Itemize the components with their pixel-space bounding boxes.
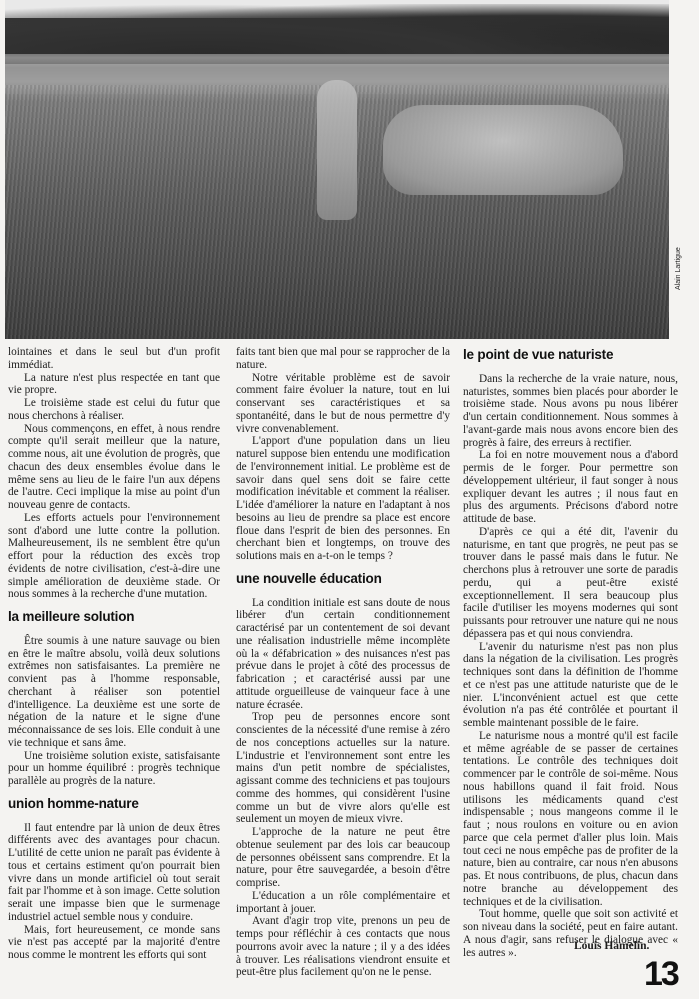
- paragraph: Le troisième stade est celui du futur qu…: [8, 397, 220, 423]
- column-2: faits tant bien que mal pour se rapproch…: [236, 346, 450, 979]
- paragraph: Dans la recherche de la vraie nature, no…: [463, 373, 678, 450]
- author-signature: Louis Hamelin.: [574, 940, 649, 952]
- paragraph: L'apport d'une population dans un lieu n…: [236, 435, 450, 563]
- section-heading: la meilleure solution: [8, 611, 220, 624]
- paragraph: lointaines et dans le seul but d'un prof…: [8, 346, 220, 372]
- paragraph: Les efforts actuels pour l'environnement…: [8, 512, 220, 601]
- photo-horse: [383, 105, 623, 195]
- paragraph: La condition initiale est sans doute de …: [236, 597, 450, 712]
- column-1: lointaines et dans le seul but d'un prof…: [8, 346, 220, 962]
- paragraph: Nous commençons, en effet, à nous rendre…: [8, 423, 220, 512]
- section-heading: le point de vue naturiste: [463, 349, 678, 362]
- paragraph: L'avenir du naturisme n'est pas non plus…: [463, 641, 678, 730]
- paragraph: Avant d'agir trop vite, prenons un peu d…: [236, 915, 450, 979]
- paragraph: Mais, fort heureusement, ce monde sans v…: [8, 924, 220, 962]
- page-number: 13: [644, 954, 678, 994]
- paragraph: La foi en notre mouvement nous a d'abord…: [463, 449, 678, 526]
- article-photo: [5, 0, 669, 339]
- photo-hill: [5, 4, 669, 54]
- column-3: le point de vue naturisteDans la recherc…: [463, 346, 678, 959]
- paragraph: D'après ce qui a été dit, l'avenir du na…: [463, 526, 678, 641]
- paragraph: faits tant bien que mal pour se rapproch…: [236, 346, 450, 372]
- paragraph: L'approche de la nature ne peut être obt…: [236, 826, 450, 890]
- paragraph: Une troisième solution existe, satisfais…: [8, 750, 220, 788]
- paragraph: Le naturisme nous a montré qu'il est fac…: [463, 730, 678, 909]
- paragraph: La nature n'est plus respectée en tant q…: [8, 372, 220, 398]
- paragraph: Trop peu de personnes encore sont consci…: [236, 711, 450, 826]
- paragraph: Notre véritable problème est de savoir c…: [236, 372, 450, 436]
- paragraph: Il faut entendre par là union de deux êt…: [8, 822, 220, 924]
- paragraph: Être soumis à une nature sauvage ou bien…: [8, 635, 220, 750]
- photo-credit: Alain Lartigue: [675, 230, 687, 290]
- section-heading: une nouvelle éducation: [236, 573, 450, 586]
- section-heading: union homme-nature: [8, 798, 220, 811]
- paragraph: L'éducation a un rôle complémentaire et …: [236, 890, 450, 916]
- photo-woman: [317, 80, 357, 220]
